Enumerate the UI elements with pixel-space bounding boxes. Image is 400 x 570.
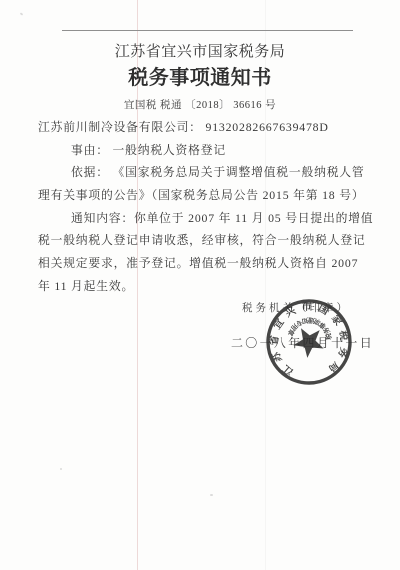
authority-seal-caption: 税务机关（印章） (242, 300, 350, 315)
issuing-bureau-name: 江苏省宜兴市国家税务局 (0, 40, 400, 61)
content-line-2: 税一般纳税人登记申请收悉，经审核，符合一般纳税人登记 (38, 229, 378, 252)
document-page: 江苏省宜兴市国家税务局 税务事项通知书 宜国税 税通 〔2018〕 36616 … (0, 0, 400, 570)
content-line-4: 年 11 月起生效。 (38, 275, 378, 298)
document-title: 税务事项通知书 (0, 61, 400, 90)
seal-ring-text: 江苏省宜兴市国家税务局 (263, 295, 356, 385)
scan-speck (20, 12, 24, 15)
subject-line: 事由： 一般纳税人资格登记 (38, 139, 378, 162)
seal-star-icon (292, 328, 325, 360)
issue-date: 二〇一八年四月十一日 (231, 334, 374, 351)
seal-inner-text: 税务事项通知专用章 (285, 314, 336, 343)
document-number: 宜国税 税通 〔2018〕 36616 号 (0, 97, 400, 112)
top-rule (62, 30, 353, 31)
notice-body: 江苏前川制冷设备有限公司： 91320282667639478D 事由： 一般纳… (38, 116, 378, 298)
official-seal: 江苏省宜兴市国家税务局 税务事项通知专用章 (259, 292, 359, 392)
basis-line-1: 依据： 《国家税务总局关于调整增值税一般纳税人管 (38, 161, 378, 184)
seal-border (264, 297, 354, 387)
scan-speck (60, 468, 62, 470)
recipient-line: 江苏前川制冷设备有限公司： 91320282667639478D (38, 116, 378, 139)
scan-speck (210, 494, 213, 496)
content-line-3: 相关规定要求，准予登记。增值税一般纳税人资格自 2007 (38, 252, 378, 275)
basis-line-2: 理有关事项的公告》（国家税务总局公告 2015 年第 18 号） (38, 184, 378, 207)
content-line-1: 通知内容：你单位于 2007 年 11 月 05 号日提出的增值 (38, 207, 378, 230)
